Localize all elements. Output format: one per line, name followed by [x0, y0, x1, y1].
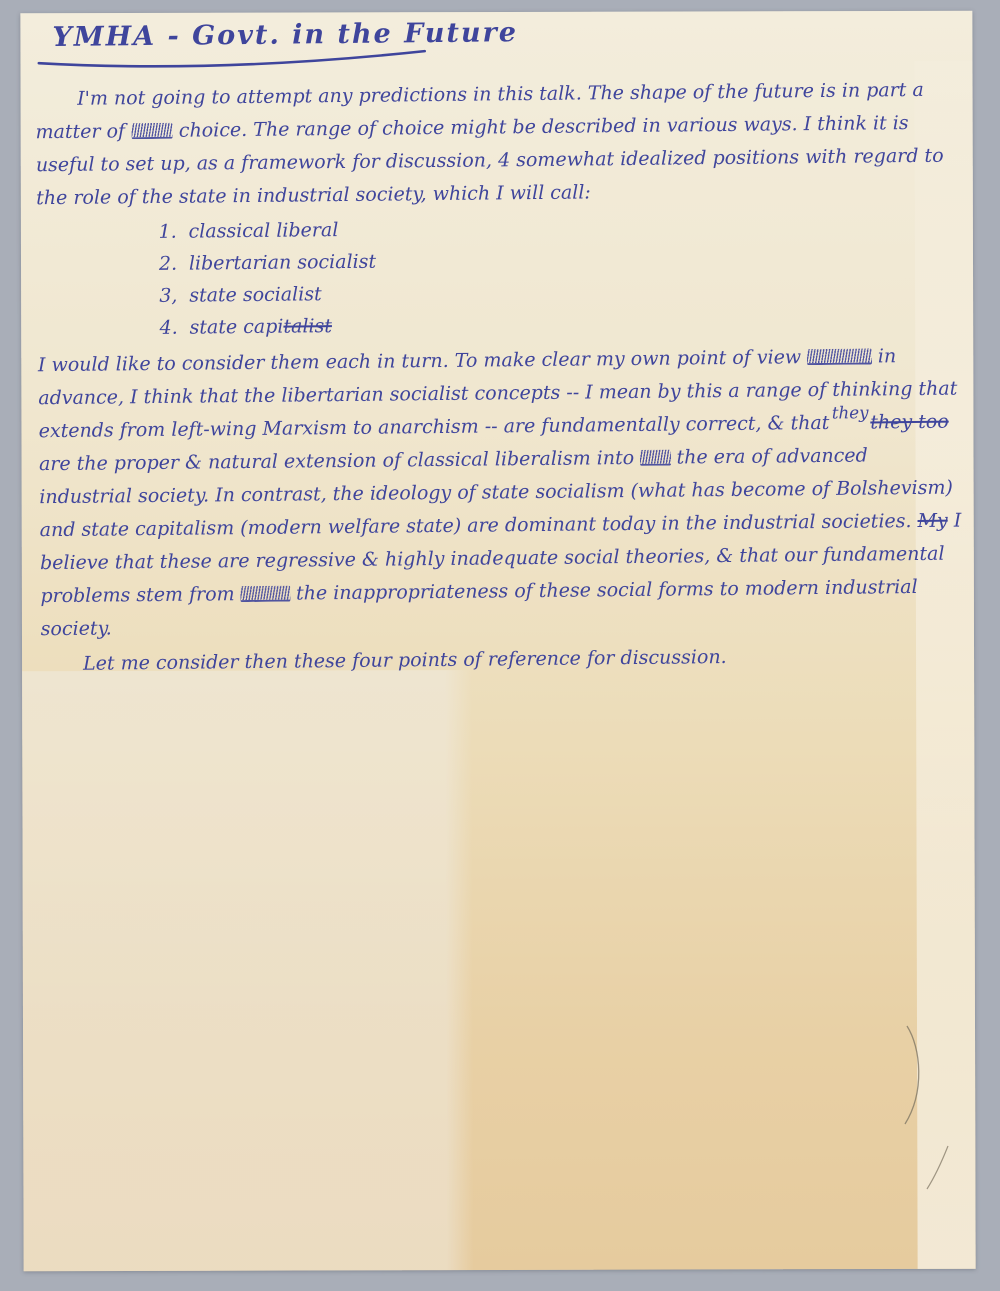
- text-segment: state socialist: [189, 283, 322, 306]
- list-number: 2.: [159, 248, 189, 280]
- struck-text: My: [917, 510, 947, 532]
- list-number: 3,: [159, 280, 189, 312]
- struck-text: talist: [283, 315, 332, 338]
- text-segment: are the proper & natural extension of cl…: [39, 447, 640, 475]
- list-number: 1.: [158, 216, 188, 248]
- crossout-scribble: [131, 123, 173, 140]
- text-segment: state capi: [189, 316, 283, 339]
- text-segment: classical liberal: [188, 219, 338, 243]
- handwritten-content: YMHA - Govt. in the Future I'm not going…: [34, 12, 966, 684]
- text-segment: I would like to consider them each in tu…: [38, 346, 807, 376]
- paper-shading: [22, 670, 474, 1271]
- paragraph: I would like to consider them each in tu…: [38, 340, 966, 647]
- scanned-paper-sheet: YMHA - Govt. in the Future I'm not going…: [20, 11, 975, 1271]
- numbered-list: 1.classical liberal2.libertarian sociali…: [158, 208, 962, 344]
- crossout-scribble: [241, 586, 291, 603]
- text-segment: Let me consider then these four points o…: [83, 646, 727, 675]
- text-segment: libertarian socialist: [189, 251, 376, 275]
- inserted-word: they: [832, 396, 869, 429]
- paragraph: I'm not going to attempt any predictions…: [35, 74, 961, 216]
- crossout-scribble: [807, 349, 872, 366]
- paragraph: Let me consider then these four points o…: [41, 638, 966, 681]
- struck-text: they too: [870, 411, 949, 434]
- list-number: 4.: [159, 312, 189, 344]
- crossout-scribble: [640, 450, 671, 466]
- page-title: YMHA - Govt. in the Future: [34, 16, 518, 55]
